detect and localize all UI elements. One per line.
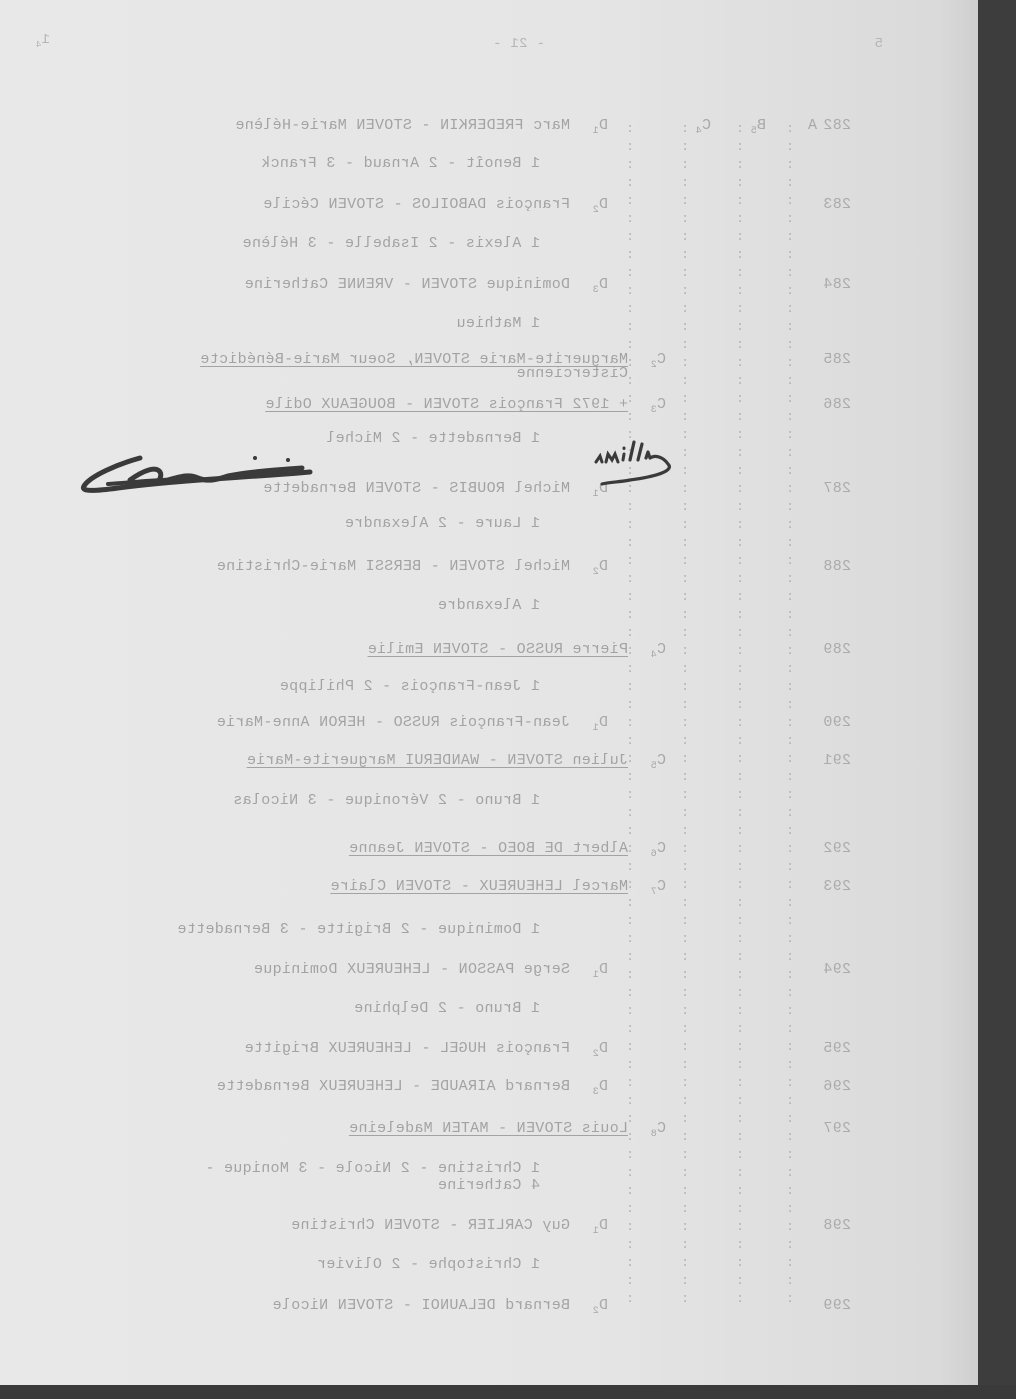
column-separator-dot: : (626, 176, 634, 189)
column-separator-dot: : (736, 518, 744, 531)
entry-number: 284 (823, 276, 851, 293)
column-separator-dot: : (626, 626, 634, 639)
column-separator-dot: : (786, 878, 794, 891)
column-separator-dot: : (626, 230, 634, 243)
generation-code: C7 (650, 878, 666, 901)
entry-number: 299 (823, 1297, 851, 1314)
column-separator-dot: : (736, 950, 744, 963)
column-separator-dot: : (736, 410, 744, 423)
corner-mark-right: 5 (874, 36, 883, 53)
column-separator-dot: : (786, 572, 794, 585)
column-separator-dot: : (626, 1292, 634, 1305)
column-separator-dot: : (736, 644, 744, 657)
children-list: 1 Benoît - 2 Arnaud - 3 Franck (261, 155, 540, 172)
column-separator-dot: : (736, 1202, 744, 1215)
column-separator-dot: : (681, 302, 689, 315)
generation-code: C5 (650, 752, 666, 775)
column-separator-dot: : (736, 230, 744, 243)
column-separator-dot: : (786, 248, 794, 261)
column-separator-dot: : (681, 626, 689, 639)
column-header-a: A (808, 117, 817, 134)
column-separator-dot: : (786, 1004, 794, 1017)
column-separator-dot: : (681, 518, 689, 531)
column-separator-dot: : (786, 590, 794, 603)
column-separator-dot: : (736, 176, 744, 189)
column-separator-dot: : (626, 536, 634, 549)
column-separator-dot: : (786, 968, 794, 981)
column-separator-dot: : (626, 734, 634, 747)
column-separator-dot: : (626, 1256, 634, 1269)
entry-number: 292 (823, 840, 851, 857)
column-separator-dot: : (786, 140, 794, 153)
column-separator-dot: : (626, 968, 634, 981)
column-separator-dot: : (681, 356, 689, 369)
column-separator-dot: : (681, 1040, 689, 1053)
column-separator-dot: : (786, 1148, 794, 1161)
column-separator-dot: : (626, 122, 634, 135)
entry-number: 298 (823, 1217, 851, 1234)
entry-number: 283 (823, 196, 851, 213)
column-separator-dot: : (786, 482, 794, 495)
column-separator-dot: : (786, 176, 794, 189)
column-separator-dot: : (736, 608, 744, 621)
column-separator-dot: : (786, 158, 794, 171)
column-separator-dot: : (626, 1130, 634, 1143)
column-separator-dot: : (786, 1166, 794, 1179)
column-separator-dot: : (681, 140, 689, 153)
column-separator-dot: : (786, 770, 794, 783)
column-separator-dot: : (681, 1112, 689, 1125)
column-separator-dot: : (786, 680, 794, 693)
column-separator-dot: : (681, 932, 689, 945)
column-separator-dot: : (786, 824, 794, 837)
column-separator-dot: : (786, 1022, 794, 1035)
column-separator-dot: : (626, 572, 634, 585)
entry-couple: + 1972 François STOVEN - BOUGEAUX Odile (265, 396, 628, 413)
column-separator-dot: : (736, 1256, 744, 1269)
column-separator-dot: : (626, 842, 634, 855)
column-separator-dot: : (786, 1058, 794, 1071)
column-separator-dot: : (786, 194, 794, 207)
column-separator-dot: : (786, 554, 794, 567)
column-separator-dot: : (786, 392, 794, 405)
column-separator-dot: : (681, 896, 689, 909)
column-separator-dot: : (736, 356, 744, 369)
column-separator-dot: : (786, 644, 794, 657)
column-separator-dot: : (626, 986, 634, 999)
column-separator-dot: : (626, 896, 634, 909)
column-separator-dot: : (681, 860, 689, 873)
column-separator-dot: : (786, 266, 794, 279)
column-separator-dot: : (626, 1202, 634, 1215)
column-separator-dot: : (681, 284, 689, 297)
column-separator-dot: : (681, 374, 689, 387)
entry-couple: Guy CARLIER - STOVEN Christine (291, 1217, 570, 1234)
entry-couple: Louis STOVEN - MATEN Madeleine (349, 1120, 628, 1137)
column-separator-dot: : (736, 392, 744, 405)
column-separator-dot: : (786, 806, 794, 819)
column-separator-dot: : (681, 590, 689, 603)
column-separator-dot: : (786, 1076, 794, 1089)
column-separator-dot: : (681, 572, 689, 585)
column-separator-dot: : (681, 986, 689, 999)
column-separator-dot: : (786, 986, 794, 999)
column-separator-dot: : (626, 1022, 634, 1035)
column-separator-dot: : (626, 1004, 634, 1017)
generation-code: C8 (650, 1120, 666, 1143)
entry-number: 289 (823, 641, 851, 658)
column-separator-dot: : (681, 770, 689, 783)
column-separator-dot: : (786, 536, 794, 549)
column-separator-dot: : (626, 554, 634, 567)
entry-number: 290 (823, 714, 851, 731)
column-separator-dot: : (626, 392, 634, 405)
column-separator-dot: : (736, 1166, 744, 1179)
column-separator-dot: : (786, 662, 794, 675)
column-separator-dot: : (786, 896, 794, 909)
column-separator-dot: : (736, 1040, 744, 1053)
column-separator-dot: : (736, 248, 744, 261)
column-separator-dot: : (786, 338, 794, 351)
column-separator-dot: : (736, 302, 744, 315)
entry-number: 293 (823, 878, 851, 895)
column-separator-dot: : (786, 734, 794, 747)
column-separator-dot: : (681, 338, 689, 351)
column-separator-dot: : (736, 734, 744, 747)
entry-couple: François DABOILOS - STOVEN Cécile (263, 196, 570, 213)
column-separator-dot: : (681, 752, 689, 765)
column-separator-dot: : (736, 464, 744, 477)
column-separator-dot: : (736, 320, 744, 333)
column-separator-dot: : (736, 626, 744, 639)
column-separator-dot: : (786, 716, 794, 729)
column-separator-dot: : (626, 356, 634, 369)
column-separator-dot: : (736, 1292, 744, 1305)
column-separator-dot: : (626, 752, 634, 765)
column-separator-dot: : (681, 230, 689, 243)
entry-couple: Marc FREDERKIN - STOVEN Marie-Hélène (235, 117, 570, 134)
column-separator-dot: : (626, 1112, 634, 1125)
column-separator-dot: : (736, 374, 744, 387)
column-separator-dot: : (736, 212, 744, 225)
column-separator-dot: : (626, 284, 634, 297)
generation-code: D1 (592, 117, 608, 140)
entry-number: 285 (823, 351, 851, 368)
column-separator-dot: : (786, 932, 794, 945)
column-separator-dot: : (786, 950, 794, 963)
column-separator-dot: : (681, 1148, 689, 1161)
column-separator-dot: : (681, 1184, 689, 1197)
generation-code: C3 (650, 396, 666, 419)
column-separator-dot: : (786, 626, 794, 639)
entry-couple: Pierre RUSSO - STOVEN Emilie (368, 641, 628, 658)
entry-couple: Bernard AIRAUDE - LEHEUREUX Bernadette (217, 1078, 570, 1095)
column-separator-dot: : (736, 896, 744, 909)
column-separator-dot: : (786, 122, 794, 135)
generation-code: D1 (592, 1217, 608, 1240)
column-separator-dot: : (681, 1094, 689, 1107)
column-separator-dot: : (626, 878, 634, 891)
entry-continuation: 4 Catherine (438, 1177, 540, 1194)
column-separator-dot: : (626, 374, 634, 387)
column-separator-dot: : (786, 1274, 794, 1287)
column-separator-dot: : (681, 1202, 689, 1215)
column-separator-dot: : (681, 968, 689, 981)
entry-couple: Julien STOVEN - WANDERUI Marguerite-Mari… (247, 752, 628, 769)
entry-couple: Marcel LEHEUREUX - STOVEN Claire (330, 878, 628, 895)
column-separator-dot: : (736, 914, 744, 927)
column-separator-dot: : (681, 1058, 689, 1071)
column-separator-dot: : (736, 194, 744, 207)
column-separator-dot: : (626, 788, 634, 801)
generation-code: C6 (650, 840, 666, 863)
column-separator-dot: : (626, 950, 634, 963)
column-separator-dot: : (626, 698, 634, 711)
entry-couple: Jean-François RUSSO - HERON Anne-Marie (217, 714, 570, 731)
column-separator-dot: : (626, 1076, 634, 1089)
column-separator-dot: : (681, 950, 689, 963)
column-separator-dot: : (736, 824, 744, 837)
column-separator-dot: : (786, 842, 794, 855)
column-separator-dot: : (786, 284, 794, 297)
entry-couple: Bernard DELAUNOI - STOVEN Nicole (272, 1297, 570, 1314)
column-separator-dot: : (681, 842, 689, 855)
entry-couple: Serge PASSON - LEHEUREUX Dominique (254, 961, 570, 978)
column-separator-dot: : (736, 1184, 744, 1197)
column-separator-dot: : (736, 968, 744, 981)
column-separator-dot: : (681, 716, 689, 729)
column-separator-dot: : (626, 770, 634, 783)
column-separator-dot: : (626, 320, 634, 333)
column-separator-dot: : (786, 1094, 794, 1107)
column-separator-dot: : (681, 176, 689, 189)
column-separator-dot: : (626, 338, 634, 351)
column-separator-dot: : (786, 428, 794, 441)
page-header: - 21 - (493, 36, 545, 53)
children-list: 1 Alexandre (438, 597, 540, 614)
column-separator-dot: : (786, 1292, 794, 1305)
generation-code: D3 (592, 276, 608, 299)
column-separator-dot: : (786, 1112, 794, 1125)
column-separator-dot: : (736, 716, 744, 729)
column-separator-dot: : (681, 1238, 689, 1251)
signature-right (590, 438, 700, 488)
column-separator-dot: : (681, 914, 689, 927)
column-separator-dot: : (786, 608, 794, 621)
column-separator-dot: : (736, 1274, 744, 1287)
mirrored-bleed-through-layer: - 21 - 5 14 A B5 C4 282D1Marc FREDERKIN … (0, 0, 1016, 1399)
column-separator-dot: : (681, 608, 689, 621)
entry-couple: Dominique STOVEN - VRENNE Catherine (244, 276, 570, 293)
column-separator-dot: : (786, 212, 794, 225)
column-separator-dot: : (736, 1130, 744, 1143)
column-separator-dot: : (736, 122, 744, 135)
generation-code: D2 (592, 558, 608, 581)
column-separator-dot: : (736, 752, 744, 765)
column-separator-dot: : (786, 1040, 794, 1053)
column-separator-dot: : (681, 1076, 689, 1089)
children-list: 1 Alexis - 2 Isabelle - 3 Hélène (242, 235, 540, 252)
column-separator-dot: : (786, 410, 794, 423)
column-separator-dot: : (736, 554, 744, 567)
column-separator-dot: : (736, 932, 744, 945)
column-separator-dot: : (736, 806, 744, 819)
column-separator-dot: : (736, 158, 744, 171)
column-separator-dot: : (681, 1022, 689, 1035)
column-separator-dot: : (626, 914, 634, 927)
column-separator-dot: : (736, 140, 744, 153)
generation-code: C4 (650, 641, 666, 664)
column-header-b: B5 (750, 117, 766, 140)
entry-number: 291 (823, 752, 851, 769)
column-separator-dot: : (681, 194, 689, 207)
column-separator-dot: : (786, 1184, 794, 1197)
children-list: 1 Jean-François - 2 Philippe (280, 678, 540, 695)
column-separator-dot: : (681, 662, 689, 675)
column-separator-dot: : (681, 878, 689, 891)
column-separator-dot: : (786, 500, 794, 513)
column-separator-dot: : (626, 302, 634, 315)
column-separator-dot: : (786, 356, 794, 369)
column-separator-dot: : (681, 500, 689, 513)
entry-number: 294 (823, 961, 851, 978)
column-separator-dot: : (626, 590, 634, 603)
generation-code: D1 (592, 714, 608, 737)
column-separator-dot: : (681, 1292, 689, 1305)
column-separator-dot: : (681, 698, 689, 711)
column-separator-dot: : (736, 1022, 744, 1035)
column-separator-dot: : (786, 302, 794, 315)
generation-code: D1 (592, 961, 608, 984)
column-separator-dot: : (681, 392, 689, 405)
column-separator-dot: : (626, 1166, 634, 1179)
signature-left (78, 450, 318, 500)
column-separator-dot: : (736, 1094, 744, 1107)
generation-code: D3 (592, 1078, 608, 1101)
children-list: 1 Bruno - 2 Véronique - 3 Nicolas (233, 792, 540, 809)
column-separator-dot: : (736, 572, 744, 585)
generation-code: D2 (592, 1040, 608, 1063)
column-separator-dot: : (626, 608, 634, 621)
column-separator-dot: : (681, 1274, 689, 1287)
column-separator-dot: : (681, 248, 689, 261)
column-separator-dot: : (626, 662, 634, 675)
column-separator-dot: : (681, 266, 689, 279)
column-separator-dot: : (626, 1274, 634, 1287)
entry-couple: Albert DE BOEO - STOVEN Jeanne (349, 840, 628, 857)
column-header-c: C4 (695, 117, 711, 140)
column-separator-dot: : (626, 158, 634, 171)
column-separator-dot: : (626, 806, 634, 819)
entry-couple: Michel STOVEN - BERSSI Marie-Christine (217, 558, 570, 575)
column-separator-dot: : (681, 680, 689, 693)
children-list: 1 Christophe - 2 Olivier (317, 1256, 540, 1273)
entry-number: 296 (823, 1078, 851, 1095)
column-separator-dot: : (786, 1220, 794, 1233)
children-list: 1 Bruno - 2 Delphine (354, 1000, 540, 1017)
column-separator-dot: : (626, 932, 634, 945)
children-list: 1 Bernadette - 2 Michel (326, 430, 540, 447)
generation-code: D2 (592, 196, 608, 219)
generation-code: D2 (592, 1297, 608, 1320)
column-separator-dot: : (681, 644, 689, 657)
column-separator-dot: : (786, 464, 794, 477)
column-separator-dot: : (736, 1004, 744, 1017)
column-separator-dot: : (736, 266, 744, 279)
column-separator-dot: : (736, 284, 744, 297)
column-separator-dot: : (736, 446, 744, 459)
entry-couple: François HUGEL - LEHEUREUX Brigitte (244, 1040, 570, 1057)
column-separator-dot: : (786, 320, 794, 333)
column-separator-dot: : (681, 1256, 689, 1269)
column-separator-dot: : (626, 518, 634, 531)
column-separator-dot: : (626, 716, 634, 729)
column-separator-dot: : (626, 212, 634, 225)
column-separator-dot: : (736, 338, 744, 351)
column-separator-dot: : (626, 266, 634, 279)
column-separator-dot: : (626, 680, 634, 693)
corner-mark-left: 14 (36, 32, 50, 54)
column-separator-dot: : (736, 788, 744, 801)
entry-number: 287 (823, 480, 851, 497)
column-separator-dot: : (736, 536, 744, 549)
column-separator-dot: : (786, 914, 794, 927)
entry-number: 295 (823, 1040, 851, 1057)
column-separator-dot: : (626, 410, 634, 423)
column-separator-dot: : (786, 1130, 794, 1143)
column-separator-dot: : (681, 1004, 689, 1017)
column-separator-dot: : (626, 1220, 634, 1233)
column-separator-dot: : (681, 410, 689, 423)
column-separator-dot: : (626, 860, 634, 873)
column-separator-dot: : (736, 428, 744, 441)
column-separator-dot: : (681, 212, 689, 225)
column-separator-dot: : (681, 554, 689, 567)
column-separator-dot: : (736, 1238, 744, 1251)
column-separator-dot: : (736, 500, 744, 513)
column-separator-dot: : (736, 1148, 744, 1161)
children-list: 1 Dominique - 2 Brigitte - 3 Bernadette (177, 921, 540, 938)
column-separator-dot: : (736, 770, 744, 783)
column-separator-dot: : (736, 590, 744, 603)
column-separator-dot: : (736, 1220, 744, 1233)
column-separator-dot: : (786, 1256, 794, 1269)
column-separator-dot: : (736, 878, 744, 891)
column-separator-dot: : (736, 1076, 744, 1089)
column-separator-dot: : (786, 788, 794, 801)
column-separator-dot: : (786, 752, 794, 765)
column-separator-dot: : (626, 1148, 634, 1161)
column-separator-dot: : (626, 500, 634, 513)
entry-continuation: Cistercienne (516, 365, 628, 382)
column-separator-dot: : (736, 698, 744, 711)
column-separator-dot: : (736, 1058, 744, 1071)
column-separator-dot: : (681, 734, 689, 747)
column-separator-dot: : (626, 1040, 634, 1053)
entry-number: 282 (823, 117, 851, 134)
column-separator-dot: : (626, 1058, 634, 1071)
children-list: 1 Christine - 2 Nicole - 3 Monique - (205, 1160, 540, 1177)
column-separator-dot: : (736, 482, 744, 495)
entry-number: 288 (823, 558, 851, 575)
column-separator-dot: : (626, 194, 634, 207)
column-separator-dot: : (626, 824, 634, 837)
column-separator-dot: : (736, 1112, 744, 1125)
column-separator-dot: : (681, 320, 689, 333)
column-separator-dot: : (681, 824, 689, 837)
column-separator-dot: : (786, 230, 794, 243)
column-separator-dot: : (786, 1202, 794, 1215)
